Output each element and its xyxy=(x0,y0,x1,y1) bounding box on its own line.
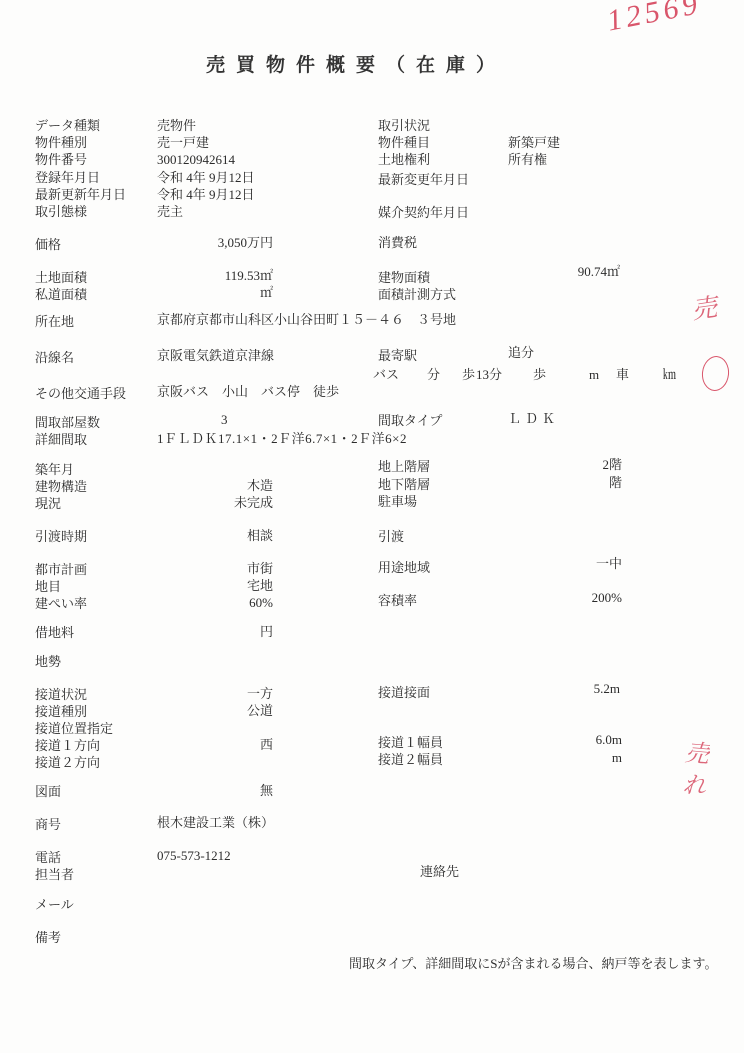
transaction-mode-label: 取引態様 xyxy=(35,204,87,220)
parking-label: 駐車場 xyxy=(378,494,417,510)
data-kind-label: データ種類 xyxy=(35,118,100,134)
property-category-value: 新築戸建 xyxy=(508,135,560,151)
property-type-label: 物件種別 xyxy=(35,135,87,151)
transit-walk-label: 歩 xyxy=(462,367,475,383)
handover-time-value: 相談 xyxy=(247,528,273,544)
drawing-value: 無 xyxy=(260,783,273,799)
transit-bus-minutes-unit: 分 xyxy=(427,367,440,383)
layout-detail-value: 1ＦＬＤＫ17.1×1・2Ｆ洋6.7×1・2Ｆ洋6×2 xyxy=(157,431,407,447)
land-rights-label: 土地権利 xyxy=(378,152,430,168)
land-rights-value: 所有権 xyxy=(508,152,547,168)
drawing-label: 図面 xyxy=(35,784,61,800)
handover-time-label: 引渡時期 xyxy=(35,529,87,545)
transit-walk-minutes: 13分 xyxy=(476,367,502,383)
topography-label: 地勢 xyxy=(35,654,61,670)
company-label: 商号 xyxy=(35,817,61,833)
location-value: 京都府京都市山科区小山谷田町１５－４６ ３号地 xyxy=(157,312,456,328)
road1-direction-value: 西 xyxy=(260,737,273,753)
page-title: 売買物件概要（在庫） xyxy=(206,58,506,74)
handover-label: 引渡 xyxy=(378,529,404,545)
floor-area-ratio-label: 容積率 xyxy=(378,593,417,609)
floors-above-label: 地上階層 xyxy=(378,459,430,475)
property-category-label: 物件種目 xyxy=(378,135,430,151)
handwritten-mark-lower: 売れ xyxy=(681,739,703,804)
layout-type-value: ＬＤＫ xyxy=(508,411,559,427)
company-value: 根木建設工業（株） xyxy=(157,815,274,831)
last-update-date-label: 最新更新年月日 xyxy=(35,187,126,203)
transit-walk2-label: 歩 xyxy=(533,367,546,383)
handwritten-stock-number: 12569 xyxy=(606,0,702,30)
road2-width-value: m xyxy=(612,750,622,766)
road-type-value: 公道 xyxy=(247,703,273,719)
land-category-value: 宅地 xyxy=(247,578,273,594)
price-value: 3,050万円 xyxy=(218,235,273,251)
other-transport-value: 京阪バス 小山 バス停 徒歩 xyxy=(157,384,339,400)
email-label: メール xyxy=(35,897,74,913)
city-planning-label: 都市計画 xyxy=(35,562,87,578)
property-number-label: 物件番号 xyxy=(35,152,87,168)
handwritten-circle-mark xyxy=(700,355,731,393)
road-position-label: 接道位置指定 xyxy=(35,721,113,737)
property-type-value: 売一戸建 xyxy=(157,135,209,151)
building-area-label: 建物面積 xyxy=(378,270,430,286)
transaction-mode-value: 売主 xyxy=(157,204,183,220)
land-rent-label: 借地料 xyxy=(35,625,74,641)
private-road-area-value: ㎡ xyxy=(260,285,273,301)
last-update-date-value: 令和 4年 9月12日 xyxy=(157,187,255,203)
land-rent-value: 円 xyxy=(260,624,273,640)
road2-width-label: 接道２幅員 xyxy=(378,752,443,768)
building-structure-value: 木造 xyxy=(247,478,273,494)
area-measurement-label: 面積計測方式 xyxy=(378,287,456,303)
other-transport-label: その他交通手段 xyxy=(35,386,126,402)
line-name-label: 沿線名 xyxy=(35,350,74,366)
transit-meter-unit: m xyxy=(589,367,599,383)
registration-date-value: 令和 4年 9月12日 xyxy=(157,170,255,186)
floors-below-label: 地下階層 xyxy=(378,477,430,493)
road1-width-value: 6.0m xyxy=(596,732,622,748)
remarks-label: 備考 xyxy=(35,930,61,946)
building-area-value: 90.74㎡ xyxy=(578,264,620,280)
nearest-station-value: 追分 xyxy=(508,345,534,361)
layout-detail-label: 詳細間取 xyxy=(35,432,87,448)
room-count-label: 間取部屋数 xyxy=(35,415,100,431)
road-frontage-value: 5.2m xyxy=(594,681,620,697)
zoning-value: 一中 xyxy=(596,556,622,572)
scanned-property-sheet: 12569 売買物件概要（在庫） データ種類 売物件 物件種別 売一戸建 物件番… xyxy=(0,0,744,1053)
mediation-date-label: 媒介契約年月日 xyxy=(378,205,469,221)
layout-type-label: 間取タイプ xyxy=(378,413,442,429)
transit-km-unit: ㎞ xyxy=(663,367,676,383)
zoning-label: 用途地域 xyxy=(378,560,430,576)
contact-person-label: 担当者 xyxy=(35,867,74,883)
current-status-value: 未完成 xyxy=(234,495,273,511)
footer-note: 間取タイプ、詳細間取にSが含まれる場合、納戸等を表します。 xyxy=(349,956,718,972)
current-status-label: 現況 xyxy=(35,496,61,512)
road-frontage-label: 接道接面 xyxy=(378,685,430,701)
floors-below-value: 階 xyxy=(609,475,622,491)
line-name-value: 京阪電気鉄道京津線 xyxy=(157,348,274,364)
floors-above-value: 2階 xyxy=(602,457,622,473)
city-planning-value: 市街 xyxy=(247,561,273,577)
road-status-label: 接道状況 xyxy=(35,687,87,703)
phone-value: 075-573-1212 xyxy=(157,848,231,864)
built-date-label: 築年月 xyxy=(35,462,74,478)
private-road-area-label: 私道面積 xyxy=(35,287,87,303)
land-category-label: 地目 xyxy=(35,579,61,595)
building-structure-label: 建物構造 xyxy=(35,479,87,495)
handwritten-mark-upper: 売 xyxy=(691,300,718,319)
property-number-value: 300120942614 xyxy=(157,152,235,168)
road1-direction-label: 接道１方向 xyxy=(35,738,100,754)
contact-label: 連絡先 xyxy=(420,864,459,880)
room-count-value: 3 xyxy=(221,412,228,428)
transaction-status-label: 取引状況 xyxy=(378,118,430,134)
consumption-tax-label: 消費税 xyxy=(378,235,417,251)
floor-area-ratio-value: 200% xyxy=(592,590,622,606)
registration-date-label: 登録年月日 xyxy=(35,170,100,186)
road1-width-label: 接道１幅員 xyxy=(378,735,443,751)
phone-label: 電話 xyxy=(35,850,61,866)
land-area-value: 119.53㎡ xyxy=(225,268,273,284)
price-label: 価格 xyxy=(35,237,61,253)
last-change-date-label: 最新変更年月日 xyxy=(378,172,469,188)
nearest-station-label: 最寄駅 xyxy=(378,348,417,364)
road-status-value: 一方 xyxy=(247,686,273,702)
building-coverage-value: 60% xyxy=(249,595,273,611)
data-kind-value: 売物件 xyxy=(157,118,196,134)
location-label: 所在地 xyxy=(35,314,74,330)
road-type-label: 接道種別 xyxy=(35,704,87,720)
land-area-label: 土地面積 xyxy=(35,270,87,286)
building-coverage-label: 建ぺい率 xyxy=(35,596,87,612)
road2-direction-label: 接道２方向 xyxy=(35,755,100,771)
transit-bus-label: バス xyxy=(373,367,399,383)
transit-car-label: 車 xyxy=(616,367,629,383)
